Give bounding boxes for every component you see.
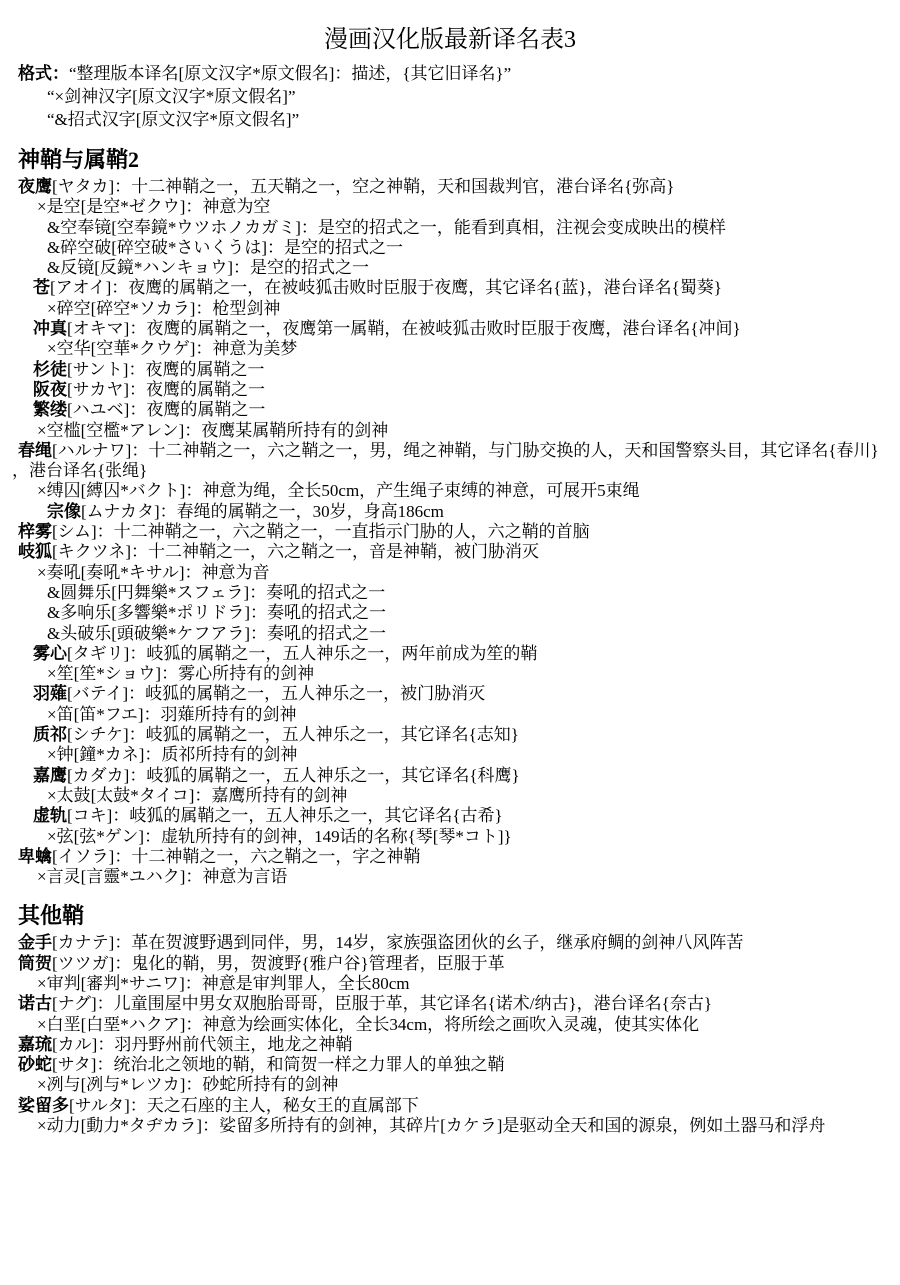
entry-line: ×弦[弦*ゲン]：虚轨所持有的剑神，149话的名称{琴[琴*コト]} xyxy=(0,827,900,847)
entry-line: ×空槛[空檻*アレン]：夜鹰某属鞘所持有的剑神 xyxy=(0,421,900,441)
entry-line: 卑蠄[イソラ]：十二神鞘之一，六之鞘之一，字之神鞘 xyxy=(0,847,900,867)
entry-text: &反镜[反鏡*ハンキョウ]：是空的招式之一 xyxy=(47,258,369,277)
entry-text: ×白垩[白堊*ハクア]：神意为绘画实体化，全长34cm，将所绘之画吹入灵魂，使其… xyxy=(37,1015,699,1034)
entry-name: 娑留多 xyxy=(18,1096,69,1115)
entry-line: ×钟[鐘*カネ]：质祁所持有的剑神 xyxy=(0,745,900,765)
entry-line: ×白垩[白堊*ハクア]：神意为绘画实体化，全长34cm，将所绘之画吹入灵魂，使其… xyxy=(0,1015,900,1035)
entry-text: [ハルナワ]：十二神鞘之一，六之鞘之一，男，绳之神鞘，与门胁交换的人，天和国警察… xyxy=(52,441,879,460)
document-page: 漫画汉化版最新译名表3 格式：“整理版本译名[原文汉字*原文假名]：描述，{其它… xyxy=(0,0,900,1285)
sections-container: 神鞘与属鞘2夜鹰[ヤタカ]：十二神鞘之一，五天鞘之一，空之神鞘，天和国裁判官，港… xyxy=(0,147,900,1136)
format-text: “×剑神汉字[原文汉字*原文假名]” xyxy=(47,87,296,106)
entry-text: ×是空[是空*ゼクウ]：神意为空 xyxy=(37,197,270,216)
entry-line: 砂蛇[サタ]：统治北之领地的鞘，和筒贺一样之力罪人的单独之鞘 xyxy=(0,1055,900,1075)
section-heading: 其他鞘 xyxy=(0,903,900,929)
entry-name: 筒贺 xyxy=(18,954,52,973)
entry-line: &头破乐[頭破樂*ケフアラ]：奏吼的招式之一 xyxy=(0,624,900,644)
entry-text: ，港台译名{张绳} xyxy=(12,461,147,480)
section-heading: 神鞘与属鞘2 xyxy=(0,147,900,173)
entry-name: 繁缕 xyxy=(33,400,67,419)
entry-name: 冲真 xyxy=(33,319,67,338)
entry-line: 繁缕[ハユベ]：夜鹰的属鞘之一 xyxy=(0,400,900,420)
entry-line: 诺古[ナグ]：儿童围屋中男女双胞胎哥哥，臣服于革，其它译名{诺术/纳古}，港台译… xyxy=(0,994,900,1014)
entry-text: [シム]：十二神鞘之一，六之鞘之一，一直指示门胁的人，六之鞘的首脑 xyxy=(52,522,590,541)
entry-text: ×冽与[冽与*レツカ]：砂蛇所持有的剑神 xyxy=(37,1075,338,1094)
entry-text: ×笛[笛*フエ]：羽薙所持有的剑神 xyxy=(47,705,297,724)
entry-text: [ツツガ]：鬼化的鞘，男，贺渡野{雅户谷}管理者，臣服于革 xyxy=(52,954,505,973)
entry-name: 质祁 xyxy=(33,725,67,744)
entry-name: 夜鹰 xyxy=(18,177,52,196)
entry-text: ×碎空[碎空*ソカラ]：枪型剑神 xyxy=(47,299,280,318)
entry-name: 诺古 xyxy=(18,994,52,1013)
entry-name: 杉徒 xyxy=(33,360,67,379)
entry-line: ×碎空[碎空*ソカラ]：枪型剑神 xyxy=(0,299,900,319)
entry-text: ×缚囚[縛囚*バクト]：神意为绳，全长50cm，产生绳子束缚的神意，可展开5束绳 xyxy=(37,481,640,500)
entry-name: 嘉琉 xyxy=(18,1035,52,1054)
entry-line: 春绳[ハルナワ]：十二神鞘之一，六之鞘之一，男，绳之神鞘，与门胁交换的人，天和国… xyxy=(0,441,900,461)
entry-text: [サタ]：统治北之领地的鞘，和筒贺一样之力罪人的单独之鞘 xyxy=(52,1055,504,1074)
entry-line: ×空华[空華*クウゲ]：神意为美梦 xyxy=(0,339,900,359)
entry-text: [カナテ]：革在贺渡野遇到同伴，男，14岁，家族强盗团伙的幺子，继承府鲷的剑神八… xyxy=(52,933,743,952)
entry-line: 羽薙[バテイ]：岐狐的属鞘之一，五人神乐之一，被门胁消灭 xyxy=(0,684,900,704)
entry-line: 宗像[ムナカタ]：春绳的属鞘之一，30岁，身高186cm xyxy=(0,502,900,522)
entry-text: [ヤタカ]：十二神鞘之一，五天鞘之一，空之神鞘，天和国裁判官，港台译名{弥高} xyxy=(52,177,674,196)
entry-text: ×奏吼[奏吼*キサル]：神意为音 xyxy=(37,563,270,582)
entry-text: ×笙[笙*ショウ]：雾心所持有的剑神 xyxy=(47,664,314,683)
entry-text: [シチケ]：岐狐的属鞘之一，五人神乐之一，其它译名{志知} xyxy=(67,725,519,744)
entry-text: ×太鼓[太鼓*タイコ]：嘉鹰所持有的剑神 xyxy=(47,786,347,805)
entry-name: 梓雾 xyxy=(18,522,52,541)
entry-line: &碎空破[碎空破*さいくうは]：是空的招式之一 xyxy=(0,238,900,258)
entry-text: ×钟[鐘*カネ]：质祁所持有的剑神 xyxy=(47,745,297,764)
entry-text: [イソラ]：十二神鞘之一，六之鞘之一，字之神鞘 xyxy=(52,847,420,866)
entry-line: &多响乐[多響樂*ポリドラ]：奏吼的招式之一 xyxy=(0,603,900,623)
entry-name: 虚轨 xyxy=(33,806,67,825)
entry-text: ×动力[動力*タヂカラ]：娑留多所持有的剑神，其碎片[カケラ]是驱动全天和国的源… xyxy=(37,1116,825,1135)
entry-line: ×言灵[言靈*ユハク]：神意为言语 xyxy=(0,867,900,887)
entry-name: 卑蠄 xyxy=(18,847,52,866)
entry-line: 冲真[オキマ]：夜鹰的属鞘之一，夜鹰第一属鞘，在被岐狐击败时臣服于夜鹰，港台译名… xyxy=(0,319,900,339)
entry-text: [カダカ]：岐狐的属鞘之一，五人神乐之一，其它译名{科鹰} xyxy=(67,766,520,785)
entry-name: 嘉鹰 xyxy=(33,766,67,785)
entry-text: &多响乐[多響樂*ポリドラ]：奏吼的招式之一 xyxy=(47,603,386,622)
format-label: 格式： xyxy=(18,64,69,83)
entry-line: 梓雾[シム]：十二神鞘之一，六之鞘之一，一直指示门胁的人，六之鞘的首脑 xyxy=(0,522,900,542)
entry-line: 夜鹰[ヤタカ]：十二神鞘之一，五天鞘之一，空之神鞘，天和国裁判官，港台译名{弥高… xyxy=(0,177,900,197)
entry-line: 苍[アオイ]：夜鹰的属鞘之一，在被岐狐击败时臣服于夜鹰，其它译名{蓝}，港台译名… xyxy=(0,278,900,298)
entry-text: ×言灵[言靈*ユハク]：神意为言语 xyxy=(37,867,287,886)
entry-line: 质祁[シチケ]：岐狐的属鞘之一，五人神乐之一，其它译名{志知} xyxy=(0,725,900,745)
page-title: 漫画汉化版最新译名表3 xyxy=(0,26,900,54)
entry-text: [キクツネ]：十二神鞘之一，六之鞘之一，音是神鞘，被门胁消灭 xyxy=(52,542,539,561)
entry-text: &头破乐[頭破樂*ケフアラ]：奏吼的招式之一 xyxy=(47,624,386,643)
entry-text: [ハユベ]：夜鹰的属鞘之一 xyxy=(67,400,265,419)
entry-name: 春绳 xyxy=(18,441,52,460)
entry-line: ×笙[笙*ショウ]：雾心所持有的剑神 xyxy=(0,664,900,684)
entry-text: ×空槛[空檻*アレン]：夜鹰某属鞘所持有的剑神 xyxy=(37,421,388,440)
entry-text: [ムナカタ]：春绳的属鞘之一，30岁，身高186cm xyxy=(81,502,444,521)
entry-line: ×缚囚[縛囚*バクト]：神意为绳，全长50cm，产生绳子束缚的神意，可展开5束绳 xyxy=(0,481,900,501)
entry-text: ×弦[弦*ゲン]：虚轨所持有的剑神，149话的名称{琴[琴*コト]} xyxy=(47,827,512,846)
entry-line: ×是空[是空*ゼクウ]：神意为空 xyxy=(0,197,900,217)
format-text: “&招式汉字[原文汉字*原文假名]” xyxy=(47,110,299,129)
entry-name: 阪夜 xyxy=(33,380,67,399)
entry-line: &空奉镜[空奉鏡*ウツホノカガミ]：是空的招式之一，能看到真相，注视会变成映出的… xyxy=(0,218,900,238)
entry-line: &反镜[反鏡*ハンキョウ]：是空的招式之一 xyxy=(0,258,900,278)
entry-text: [タギリ]：岐狐的属鞘之一，五人神乐之一，两年前成为笙的鞘 xyxy=(67,644,537,663)
format-line: “&招式汉字[原文汉字*原文假名]” xyxy=(0,108,900,131)
entry-name: 宗像 xyxy=(47,502,81,521)
entry-name: 岐狐 xyxy=(18,542,52,561)
entry-line: 雾心[タギリ]：岐狐的属鞘之一，五人神乐之一，两年前成为笙的鞘 xyxy=(0,644,900,664)
entry-line: 嘉鹰[カダカ]：岐狐的属鞘之一，五人神乐之一，其它译名{科鹰} xyxy=(0,766,900,786)
entry-text: &圆舞乐[円舞樂*スフェラ]：奏吼的招式之一 xyxy=(47,583,385,602)
entry-text: [アオイ]：夜鹰的属鞘之一，在被岐狐击败时臣服于夜鹰，其它译名{蓝}，港台译名{… xyxy=(50,278,722,297)
entry-text: [カル]：羽丹野州前代领主，地龙之神鞘 xyxy=(52,1035,352,1054)
format-line: “×剑神汉字[原文汉字*原文假名]” xyxy=(0,85,900,108)
format-legend: 格式：“整理版本译名[原文汉字*原文假名]：描述，{其它旧译名}”“×剑神汉字[… xyxy=(0,62,900,131)
entry-line: ×笛[笛*フエ]：羽薙所持有的剑神 xyxy=(0,705,900,725)
entry-name: 苍 xyxy=(33,278,50,297)
entry-text: [サント]：夜鹰的属鞘之一 xyxy=(67,360,264,379)
entry-name: 雾心 xyxy=(33,644,67,663)
format-text: “整理版本译名[原文汉字*原文假名]：描述，{其它旧译名}” xyxy=(69,64,511,83)
entry-line: 金手[カナテ]：革在贺渡野遇到同伴，男，14岁，家族强盗团伙的幺子，继承府鲷的剑… xyxy=(0,933,900,953)
entry-line: ×动力[動力*タヂカラ]：娑留多所持有的剑神，其碎片[カケラ]是驱动全天和国的源… xyxy=(0,1116,900,1136)
entry-line: ×审判[審判*サニワ]：神意是审判罪人，全长80cm xyxy=(0,974,900,994)
entry-line: ×太鼓[太鼓*タイコ]：嘉鹰所持有的剑神 xyxy=(0,786,900,806)
entry-line: ，港台译名{张绳} xyxy=(0,461,900,481)
entry-line: 娑留多[サルタ]：天之石座的主人，秘女王的直属部下 xyxy=(0,1096,900,1116)
entry-line: 阪夜[サカヤ]：夜鹰的属鞘之一 xyxy=(0,380,900,400)
entry-text: [バテイ]：岐狐的属鞘之一，五人神乐之一，被门胁消灭 xyxy=(67,684,485,703)
entry-text: [ナグ]：儿童围屋中男女双胞胎哥哥，臣服于革，其它译名{诺术/纳古}，港台译名{… xyxy=(52,994,712,1013)
format-line: 格式：“整理版本译名[原文汉字*原文假名]：描述，{其它旧译名}” xyxy=(0,62,900,85)
entry-text: [サルタ]：天之石座的主人，秘女王的直属部下 xyxy=(69,1096,419,1115)
entry-line: 虚轨[コキ]：岐狐的属鞘之一，五人神乐之一，其它译名{古希} xyxy=(0,806,900,826)
entry-text: [コキ]：岐狐的属鞘之一，五人神乐之一，其它译名{古希} xyxy=(67,806,503,825)
entry-line: &圆舞乐[円舞樂*スフェラ]：奏吼的招式之一 xyxy=(0,583,900,603)
entry-line: 杉徒[サント]：夜鹰的属鞘之一 xyxy=(0,360,900,380)
entry-line: 嘉琉[カル]：羽丹野州前代领主，地龙之神鞘 xyxy=(0,1035,900,1055)
entry-text: &碎空破[碎空破*さいくうは]：是空的招式之一 xyxy=(47,238,403,257)
entry-text: [オキマ]：夜鹰的属鞘之一，夜鹰第一属鞘，在被岐狐击败时臣服于夜鹰，港台译名{冲… xyxy=(67,319,741,338)
entry-line: 岐狐[キクツネ]：十二神鞘之一，六之鞘之一，音是神鞘，被门胁消灭 xyxy=(0,542,900,562)
entry-line: ×冽与[冽与*レツカ]：砂蛇所持有的剑神 xyxy=(0,1075,900,1095)
entry-name: 羽薙 xyxy=(33,684,67,703)
entry-text: ×审判[審判*サニワ]：神意是审判罪人，全长80cm xyxy=(37,974,410,993)
entry-line: ×奏吼[奏吼*キサル]：神意为音 xyxy=(0,563,900,583)
entry-text: [サカヤ]：夜鹰的属鞘之一 xyxy=(67,380,265,399)
entry-name: 砂蛇 xyxy=(18,1055,52,1074)
entry-name: 金手 xyxy=(18,933,52,952)
entry-text: &空奉镜[空奉鏡*ウツホノカガミ]：是空的招式之一，能看到真相，注视会变成映出的… xyxy=(47,218,726,237)
entry-text: ×空华[空華*クウゲ]：神意为美梦 xyxy=(47,339,297,358)
entry-line: 筒贺[ツツガ]：鬼化的鞘，男，贺渡野{雅户谷}管理者，臣服于革 xyxy=(0,954,900,974)
